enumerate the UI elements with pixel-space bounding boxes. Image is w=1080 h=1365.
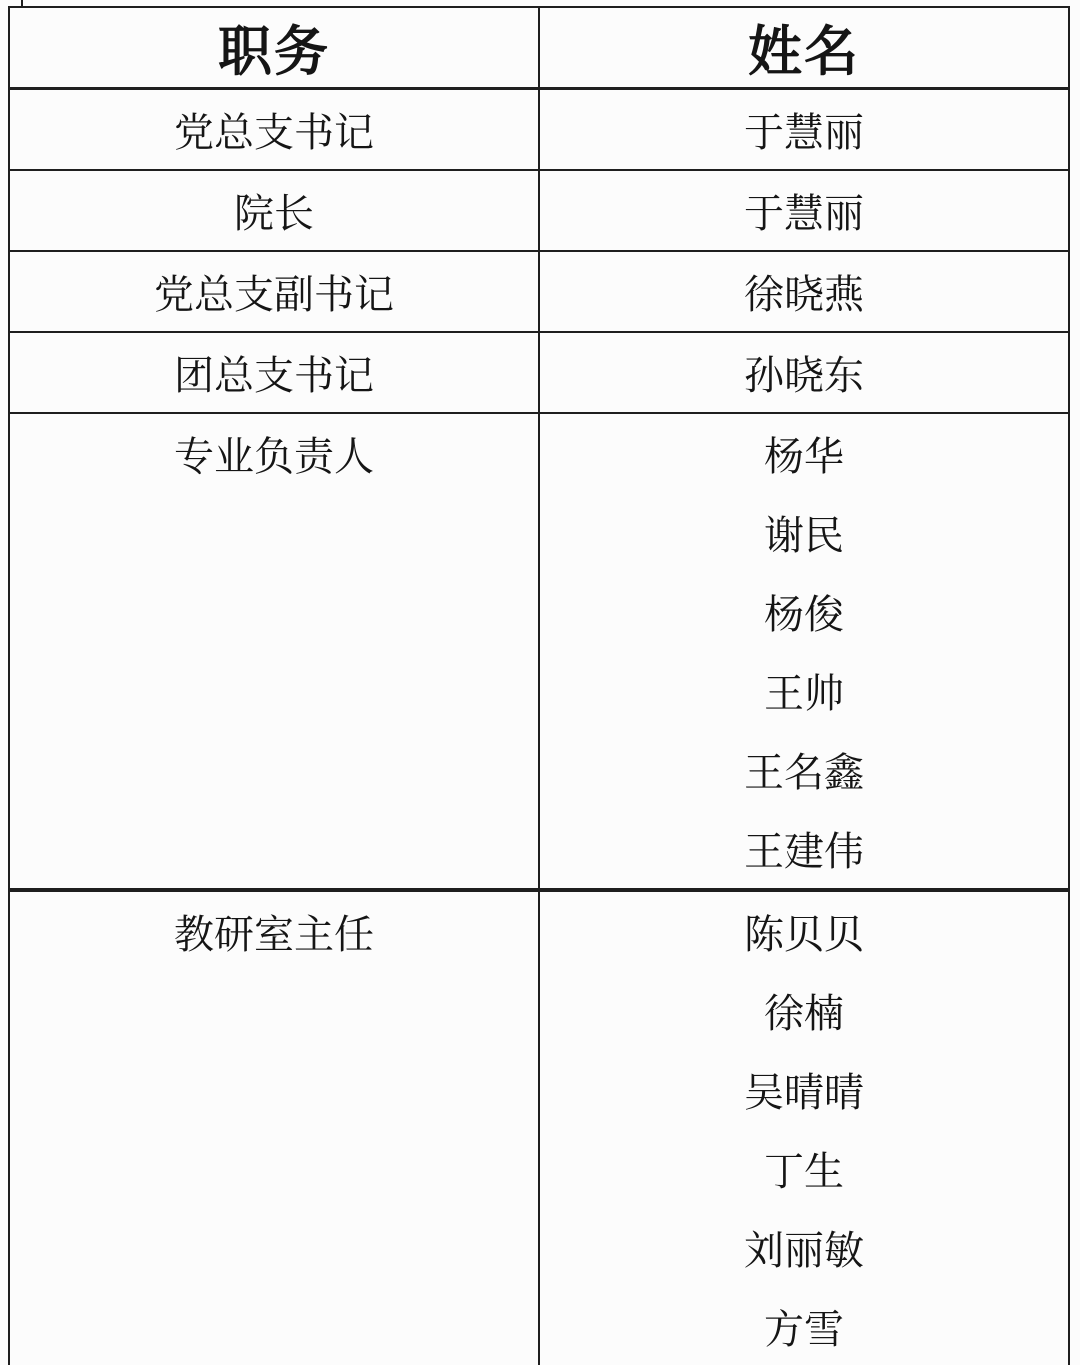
name-label: 方雪	[540, 1287, 1068, 1365]
name-label: 王名鑫	[540, 730, 1068, 809]
table-row: 教研室主任陈贝贝徐楠吴晴晴丁生刘丽敏方雪	[9, 890, 1069, 1365]
table-row: 党总支副书记徐晓燕	[9, 251, 1069, 332]
position-label: 教研室主任	[10, 892, 538, 971]
names-cell: 杨华谢民杨俊王帅王名鑫王建伟	[539, 413, 1069, 890]
position-cell: 院长	[9, 170, 539, 251]
table-row: 团总支书记孙晓东	[9, 332, 1069, 413]
header-row: 职务 姓名	[9, 7, 1069, 89]
position-label: 专业负责人	[10, 414, 538, 493]
table-body: 党总支书记于慧丽院长于慧丽党总支副书记徐晓燕团总支书记孙晓东专业负责人杨华谢民杨…	[9, 89, 1069, 1365]
names-cell: 徐晓燕	[539, 251, 1069, 332]
name-label: 徐楠	[540, 971, 1068, 1050]
table-header: 职务 姓名	[9, 7, 1069, 89]
name-label: 杨华	[540, 414, 1068, 493]
name-label: 吴晴晴	[540, 1050, 1068, 1129]
position-cell: 党总支书记	[9, 89, 539, 171]
name-label: 刘丽敏	[540, 1208, 1068, 1287]
column-header-name: 姓名	[539, 7, 1069, 89]
position-cell: 教研室主任	[9, 890, 539, 1365]
name-label: 于慧丽	[540, 171, 1068, 250]
table-row: 专业负责人杨华谢民杨俊王帅王名鑫王建伟	[9, 413, 1069, 890]
names-cell: 于慧丽	[539, 89, 1069, 171]
name-label: 于慧丽	[540, 90, 1068, 169]
names-cell: 孙晓东	[539, 332, 1069, 413]
names-cell: 于慧丽	[539, 170, 1069, 251]
position-label: 团总支书记	[10, 333, 538, 412]
leadership-roster-table: 职务 姓名 党总支书记于慧丽院长于慧丽党总支副书记徐晓燕团总支书记孙晓东专业负责…	[8, 6, 1070, 1365]
position-label: 党总支书记	[10, 90, 538, 169]
table-row: 院长于慧丽	[9, 170, 1069, 251]
position-cell: 专业负责人	[9, 413, 539, 890]
name-label: 徐晓燕	[540, 252, 1068, 331]
column-header-position: 职务	[9, 7, 539, 89]
name-label: 王帅	[540, 651, 1068, 730]
name-label: 王建伟	[540, 809, 1068, 888]
name-label: 丁生	[540, 1129, 1068, 1208]
table-row: 党总支书记于慧丽	[9, 89, 1069, 171]
position-cell: 党总支副书记	[9, 251, 539, 332]
position-cell: 团总支书记	[9, 332, 539, 413]
page: 职务 姓名 党总支书记于慧丽院长于慧丽党总支副书记徐晓燕团总支书记孙晓东专业负责…	[0, 0, 1080, 1365]
name-label: 孙晓东	[540, 333, 1068, 412]
name-label: 杨俊	[540, 572, 1068, 651]
name-label: 谢民	[540, 493, 1068, 572]
position-label: 党总支副书记	[10, 252, 538, 331]
position-label: 院长	[10, 171, 538, 250]
name-label: 陈贝贝	[540, 892, 1068, 971]
names-cell: 陈贝贝徐楠吴晴晴丁生刘丽敏方雪	[539, 890, 1069, 1365]
